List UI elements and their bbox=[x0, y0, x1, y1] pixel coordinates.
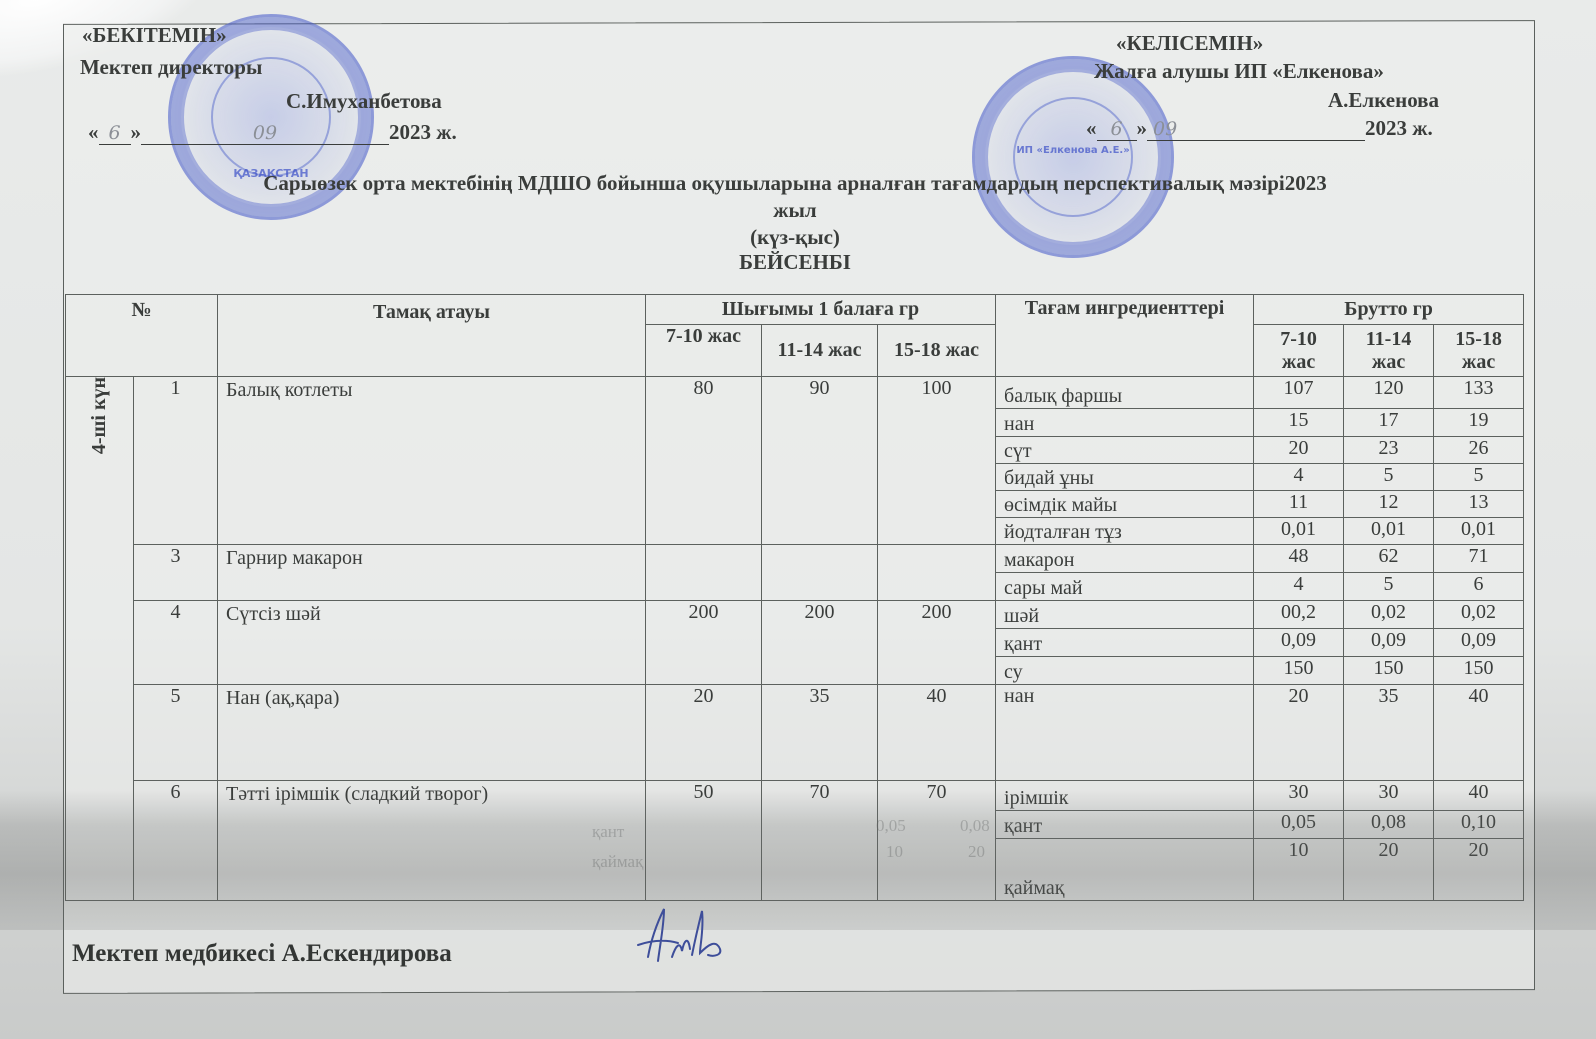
dish-yield-age-3: 100 bbox=[878, 377, 996, 545]
brutto-age-2: 5 bbox=[1344, 464, 1434, 491]
ingredient-name: нан bbox=[996, 685, 1254, 781]
ingredient-row: 3Гарнир макаронмакарон486271 bbox=[66, 545, 1524, 573]
brutto-age-1: 15 bbox=[1254, 409, 1344, 437]
brutto-age-3: 0,09 bbox=[1434, 629, 1524, 657]
ingredient-name: нан bbox=[996, 409, 1254, 437]
day-label: 4-ші күн bbox=[88, 377, 111, 454]
ingredient-name: сүт bbox=[996, 437, 1254, 464]
ghost-text: 0,05 bbox=[876, 816, 906, 836]
brutto-age-2: 30 bbox=[1344, 781, 1434, 811]
brutto-age-2: 120 bbox=[1344, 377, 1434, 409]
header-brutto-age-2: 11-14 жас bbox=[1344, 325, 1434, 377]
approve-heading: «БЕКІТЕМІН» bbox=[82, 23, 227, 48]
brutto-age-3: 133 bbox=[1434, 377, 1524, 409]
ingredient-name: бидай ұны bbox=[996, 464, 1254, 491]
right-stamp-text: ИП «Елкенова А.Е.» bbox=[975, 145, 1171, 156]
header-yield-age-1: 7-10 жас bbox=[646, 325, 762, 377]
agree-role: Жалға алушы ИП «Елкенова» bbox=[1094, 59, 1384, 84]
ingredient-row: 5Нан (ақ,қара)203540нан203540 bbox=[66, 685, 1524, 781]
header-brutto-age-1: 7-10 жас bbox=[1254, 325, 1344, 377]
brutto-age-1: 0,01 bbox=[1254, 518, 1344, 545]
approve-date-day: 6 bbox=[99, 122, 131, 145]
dish-number: 6 bbox=[134, 781, 218, 901]
agree-date-day: 6 bbox=[1097, 118, 1137, 141]
title-line-1: Сарыөзек орта мектебінің МДШО бойынша оқ… bbox=[60, 170, 1530, 197]
brutto-age-2: 17 bbox=[1344, 409, 1434, 437]
dish-yield-age-2: 35 bbox=[762, 685, 878, 781]
header-yield-group: Шығымы 1 балаға гр bbox=[646, 295, 996, 325]
brutto-age-2: 35 bbox=[1344, 685, 1434, 781]
handwritten-signature-icon bbox=[630, 905, 730, 965]
brutto-age-3: 0,10 bbox=[1434, 811, 1524, 839]
brutto-age-2: 0,08 bbox=[1344, 811, 1434, 839]
brutto-age-1: 0,09 bbox=[1254, 629, 1344, 657]
title-season: (күз-қыс) bbox=[60, 224, 1530, 251]
brutto-age-2: 20 bbox=[1344, 839, 1434, 901]
dish-yield-age-2 bbox=[762, 545, 878, 601]
header-yield-age-2: 11-14 жас bbox=[762, 325, 878, 377]
dish-yield-age-2: 90 bbox=[762, 377, 878, 545]
ingredient-name: қаймақ bbox=[996, 839, 1254, 901]
dish-yield-age-3: 70 bbox=[878, 781, 996, 901]
brutto-age-3: 150 bbox=[1434, 657, 1524, 685]
dish-yield-age-1: 50 bbox=[646, 781, 762, 901]
brutto-age-2: 5 bbox=[1344, 573, 1434, 601]
ghost-text: қаймақ bbox=[592, 852, 643, 872]
ghost-text: қант bbox=[592, 822, 624, 842]
header-brutto-age-3: 15-18 жас bbox=[1434, 325, 1524, 377]
brutto-age-2: 0,02 bbox=[1344, 601, 1434, 629]
brutto-age-1: 00,2 bbox=[1254, 601, 1344, 629]
brutto-age-2: 12 bbox=[1344, 491, 1434, 518]
ingredient-name: макарон bbox=[996, 545, 1254, 573]
menu-body: 4-ші күн1Балық котлеты8090100балық фаршы… bbox=[66, 377, 1524, 901]
brutto-age-1: 0,05 bbox=[1254, 811, 1344, 839]
brutto-age-3: 40 bbox=[1434, 685, 1524, 781]
dish-yield-age-1 bbox=[646, 545, 762, 601]
approve-date-year: 2023 ж. bbox=[389, 120, 457, 144]
brutto-age-3: 0,02 bbox=[1434, 601, 1524, 629]
ingredient-name: су bbox=[996, 657, 1254, 685]
dish-number: 3 bbox=[134, 545, 218, 601]
brutto-age-2: 0,01 bbox=[1344, 518, 1434, 545]
brutto-age-3: 20 bbox=[1434, 839, 1524, 901]
ingredient-name: қант bbox=[996, 811, 1254, 839]
ghost-text: 20 bbox=[968, 842, 985, 862]
brutto-age-1: 150 bbox=[1254, 657, 1344, 685]
brutto-age-1: 20 bbox=[1254, 685, 1344, 781]
nurse-signature-line: Мектеп медбикесі А.Ескендирова bbox=[72, 940, 452, 968]
agree-name: А.Елкенова bbox=[1328, 88, 1439, 113]
header-no: № bbox=[66, 295, 218, 377]
approve-role: Мектеп директоры bbox=[80, 55, 262, 80]
brutto-age-3: 40 bbox=[1434, 781, 1524, 811]
brutto-age-2: 23 bbox=[1344, 437, 1434, 464]
brutto-age-1: 4 bbox=[1254, 464, 1344, 491]
approve-date: «6»092023 ж. bbox=[88, 120, 457, 145]
dish-name: Балық котлеты bbox=[218, 377, 646, 545]
ghost-text: 10 bbox=[886, 842, 903, 862]
brutto-age-1: 10 bbox=[1254, 839, 1344, 901]
agree-date-month: 09 bbox=[1147, 118, 1365, 141]
dish-yield-age-3: 40 bbox=[878, 685, 996, 781]
brutto-age-2: 0,09 bbox=[1344, 629, 1434, 657]
brutto-age-1: 20 bbox=[1254, 437, 1344, 464]
dish-name: Гарнир макарон bbox=[218, 545, 646, 601]
ingredient-name: өсімдік майы bbox=[996, 491, 1254, 518]
dish-yield-age-3 bbox=[878, 545, 996, 601]
dish-name: Тәтті ірімшік (сладкий творог) bbox=[218, 781, 646, 901]
dish-yield-age-3: 200 bbox=[878, 601, 996, 685]
dish-yield-age-2: 70 bbox=[762, 781, 878, 901]
ingredient-name: йодталған тұз bbox=[996, 518, 1254, 545]
brutto-age-2: 150 bbox=[1344, 657, 1434, 685]
header-dish: Тамақ атауы bbox=[218, 295, 646, 377]
brutto-age-1: 30 bbox=[1254, 781, 1344, 811]
ingredient-name: қант bbox=[996, 629, 1254, 657]
brutto-age-1: 107 bbox=[1254, 377, 1344, 409]
brutto-age-1: 4 bbox=[1254, 573, 1344, 601]
dish-yield-age-1: 200 bbox=[646, 601, 762, 685]
agree-heading: «КЕЛІСЕМІН» bbox=[1116, 31, 1263, 56]
header-brutto-group: Брутто гр bbox=[1254, 295, 1524, 325]
ingredient-row: 4Сүтсіз шәй200200200шәй00,20,020,02 bbox=[66, 601, 1524, 629]
dish-number: 5 bbox=[134, 685, 218, 781]
brutto-age-2: 62 bbox=[1344, 545, 1434, 573]
brutto-age-3: 71 bbox=[1434, 545, 1524, 573]
title-line-2: жыл bbox=[60, 197, 1530, 224]
ghost-text: 0,08 bbox=[960, 816, 990, 836]
brutto-age-1: 48 bbox=[1254, 545, 1344, 573]
brutto-age-1: 11 bbox=[1254, 491, 1344, 518]
dish-number: 1 bbox=[134, 377, 218, 545]
dish-yield-age-2: 200 bbox=[762, 601, 878, 685]
brutto-age-3: 6 bbox=[1434, 573, 1524, 601]
dish-name: Нан (ақ,қара) bbox=[218, 685, 646, 781]
brutto-age-3: 0,01 bbox=[1434, 518, 1524, 545]
agree-date: «6»092023 ж. bbox=[1086, 116, 1433, 141]
agree-date-year: 2023 ж. bbox=[1365, 116, 1433, 140]
approve-date-month: 09 bbox=[141, 122, 389, 145]
brutto-age-3: 26 bbox=[1434, 437, 1524, 464]
brutto-age-3: 19 bbox=[1434, 409, 1524, 437]
dish-yield-age-1: 80 bbox=[646, 377, 762, 545]
approve-name: С.Имуханбетова bbox=[286, 89, 442, 114]
menu-title: Сарыөзек орта мектебінің МДШО бойынша оқ… bbox=[60, 170, 1530, 273]
header-yield-age-3: 15-18 жас bbox=[878, 325, 996, 377]
ingredient-row: 4-ші күн1Балық котлеты8090100балық фаршы… bbox=[66, 377, 1524, 409]
header-ingredients: Тағам ингредиенттері bbox=[996, 295, 1254, 377]
ingredient-row: 6Тәтті ірімшік (сладкий творог)507070ірі… bbox=[66, 781, 1524, 811]
dish-yield-age-1: 20 bbox=[646, 685, 762, 781]
brutto-age-3: 13 bbox=[1434, 491, 1524, 518]
dish-name: Сүтсіз шәй bbox=[218, 601, 646, 685]
ingredient-name: сары май bbox=[996, 573, 1254, 601]
brutto-age-3: 5 bbox=[1434, 464, 1524, 491]
ingredient-name: ірімшік bbox=[996, 781, 1254, 811]
dish-number: 4 bbox=[134, 601, 218, 685]
ingredient-name: шәй bbox=[996, 601, 1254, 629]
title-weekday: БЕЙСЕНБІ bbox=[60, 251, 1530, 273]
menu-table: № Тамақ атауы Шығымы 1 балаға гр Тағам и… bbox=[65, 294, 1524, 901]
ingredient-name: балық фаршы bbox=[996, 377, 1254, 409]
